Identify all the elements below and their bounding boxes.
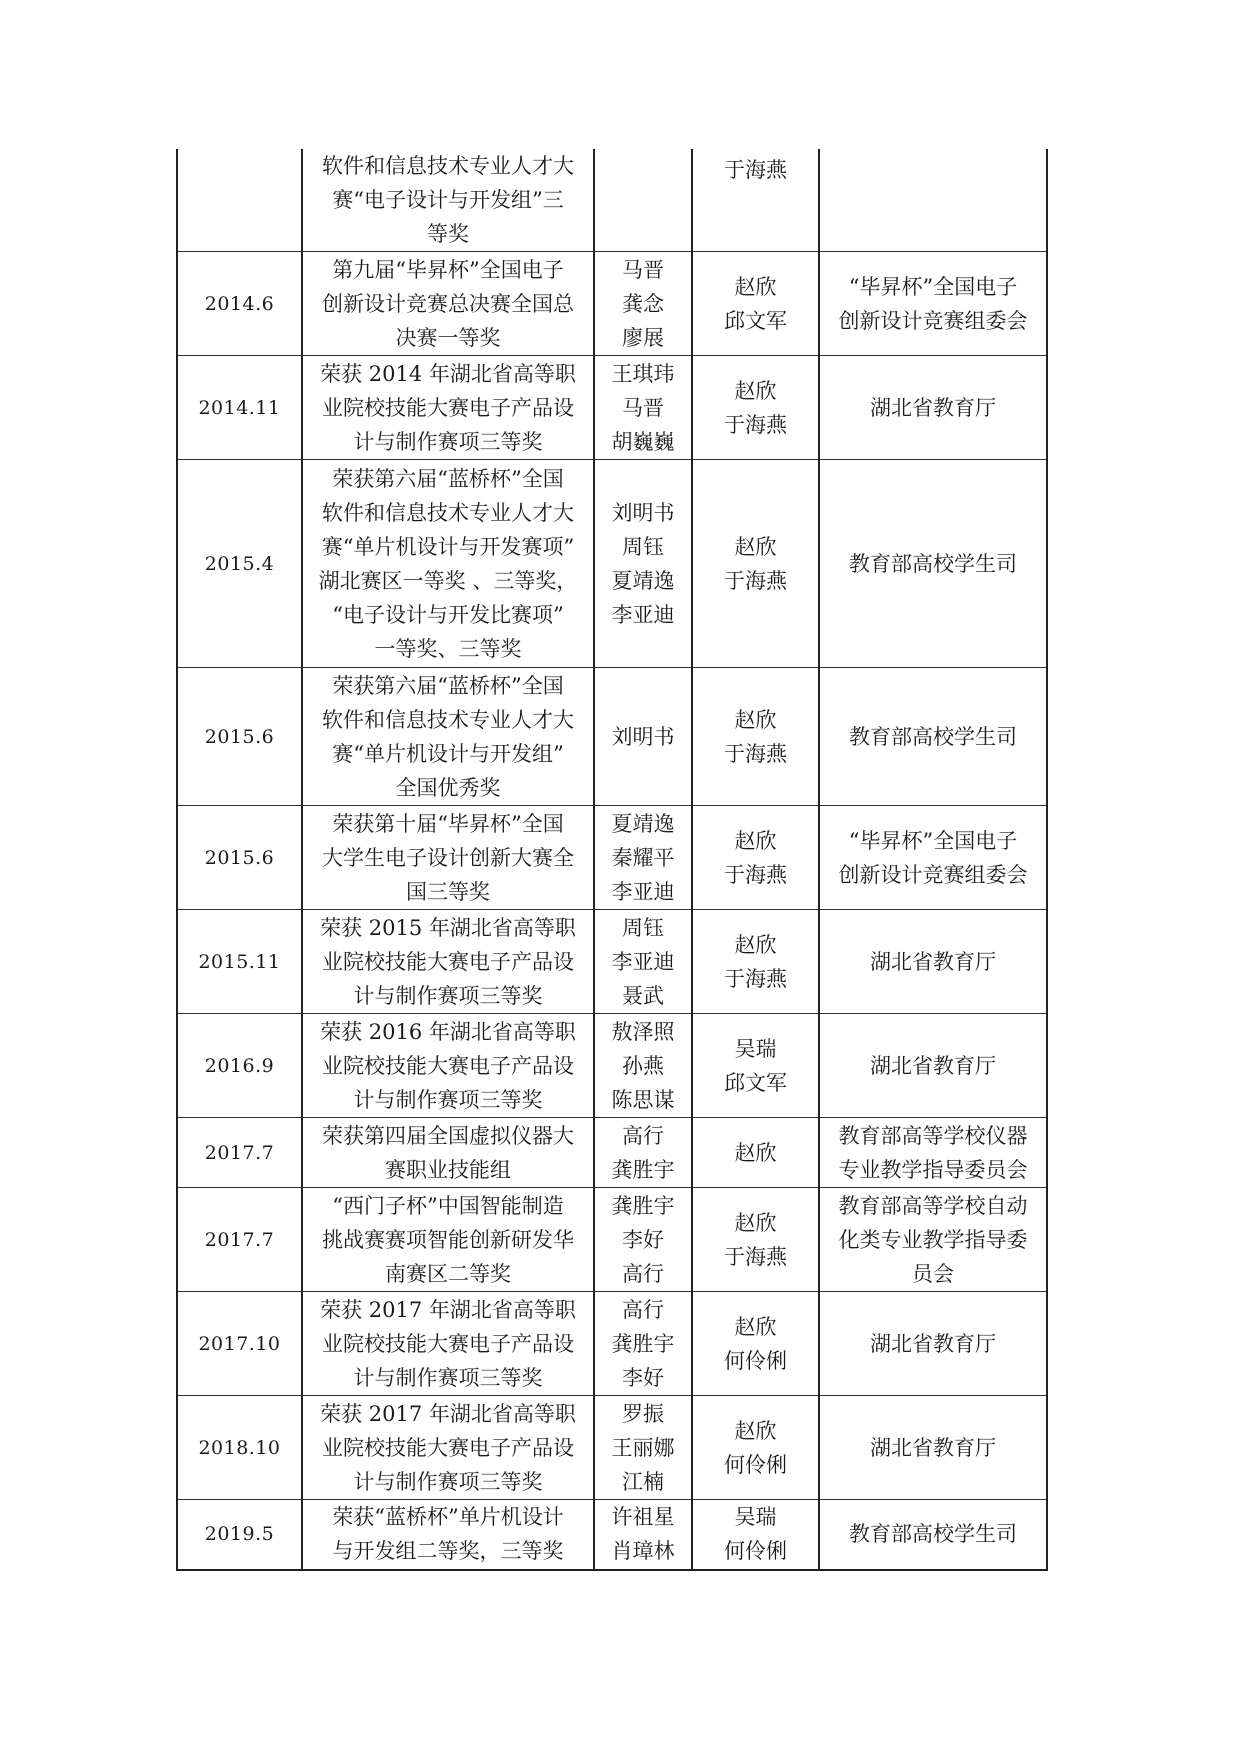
students-cell: 许祖星 肖璋林 xyxy=(594,1500,692,1570)
students-cell: 夏靖逸 秦耀平 李亚迪 xyxy=(594,806,692,910)
table-row: 2015.4 荣获第六届“蓝桥杯”全国 软件和信息技术专业人才大 赛“单片机设计… xyxy=(177,460,1047,668)
award-cell: 荣获 2015 年湖北省高等职 业院校技能大赛电子产品设 计与制作赛项三等奖 xyxy=(302,910,594,1014)
award-cell: 荣获第六届“蓝桥杯”全国 软件和信息技术专业人才大 赛“单片机设计与开发组” 全… xyxy=(302,668,594,806)
table-row: 2018.10 荣获 2017 年湖北省高等职 业院校技能大赛电子产品设 计与制… xyxy=(177,1396,1047,1500)
table-row: 2014.6 第九届“毕昇杯”全国电子 创新设计竞赛总决赛全国总 决赛一等奖 马… xyxy=(177,252,1047,356)
teachers-cell: 吴瑞 何伶俐 xyxy=(692,1500,819,1570)
date-cell: 2017.7 xyxy=(177,1118,302,1188)
organizer-cell: 湖北省教育厅 xyxy=(819,1396,1047,1500)
award-cell: 荣获第四届全国虚拟仪器大 赛职业技能组 xyxy=(302,1118,594,1188)
students-cell: 刘明书 周钰 夏靖逸 李亚迪 xyxy=(594,460,692,668)
students-cell xyxy=(594,149,692,252)
students-cell: 高行 龚胜宇 李好 xyxy=(594,1292,692,1396)
date-cell: 2017.7 xyxy=(177,1188,302,1292)
teachers-cell: 于海燕 xyxy=(692,149,819,252)
date-cell: 2014.11 xyxy=(177,356,302,460)
teachers-cell: 吴瑞 邱文军 xyxy=(692,1014,819,1118)
table-row: 2019.5 荣获“蓝桥杯”单片机设计 与开发组二等奖，三等奖 许祖星 肖璋林 … xyxy=(177,1500,1047,1570)
teachers-cell: 赵欣 于海燕 xyxy=(692,356,819,460)
date-cell: 2015.6 xyxy=(177,806,302,910)
table-row: 软件和信息技术专业人才大 赛“电子设计与开发组”三 等奖 于海燕 xyxy=(177,149,1047,252)
date-cell: 2016.9 xyxy=(177,1014,302,1118)
teachers-cell: 赵欣 于海燕 xyxy=(692,1188,819,1292)
table-row: 2015.11 荣获 2015 年湖北省高等职 业院校技能大赛电子产品设 计与制… xyxy=(177,910,1047,1014)
table-row: 2017.7 荣获第四届全国虚拟仪器大 赛职业技能组 高行 龚胜宇 赵欣 教育部… xyxy=(177,1118,1047,1188)
students-cell: 马晋 龚念 廖展 xyxy=(594,252,692,356)
date-cell xyxy=(177,149,302,252)
organizer-cell: 湖北省教育厅 xyxy=(819,1292,1047,1396)
date-cell: 2018.10 xyxy=(177,1396,302,1500)
organizer-cell: 教育部高校学生司 xyxy=(819,668,1047,806)
award-cell: 荣获 2014 年湖北省高等职 业院校技能大赛电子产品设 计与制作赛项三等奖 xyxy=(302,356,594,460)
organizer-cell: “毕昇杯”全国电子 创新设计竞赛组委会 xyxy=(819,252,1047,356)
students-cell: 高行 龚胜宇 xyxy=(594,1118,692,1188)
students-cell: 敖泽照 孙燕 陈思谋 xyxy=(594,1014,692,1118)
students-cell: 王琪玮 马晋 胡巍巍 xyxy=(594,356,692,460)
teachers-cell: 赵欣 xyxy=(692,1118,819,1188)
document-page: 软件和信息技术专业人才大 赛“电子设计与开发组”三 等奖 于海燕 2014.6 … xyxy=(0,0,1242,1755)
award-cell: 荣获 2017 年湖北省高等职 业院校技能大赛电子产品设 计与制作赛项三等奖 xyxy=(302,1292,594,1396)
award-cell: 软件和信息技术专业人才大 赛“电子设计与开发组”三 等奖 xyxy=(302,149,594,252)
date-cell: 2014.6 xyxy=(177,252,302,356)
date-cell: 2015.4 xyxy=(177,460,302,668)
teachers-cell: 赵欣 于海燕 xyxy=(692,806,819,910)
organizer-cell: 教育部高校学生司 xyxy=(819,460,1047,668)
teachers-cell: 赵欣 何伶俐 xyxy=(692,1396,819,1500)
students-cell: 罗振 王丽娜 江楠 xyxy=(594,1396,692,1500)
date-cell: 2015.11 xyxy=(177,910,302,1014)
organizer-cell: 湖北省教育厅 xyxy=(819,910,1047,1014)
students-cell: 龚胜宇 李好 高行 xyxy=(594,1188,692,1292)
teachers-cell: 赵欣 于海燕 xyxy=(692,910,819,1014)
organizer-cell: “毕昇杯”全国电子 创新设计竞赛组委会 xyxy=(819,806,1047,910)
date-cell: 2017.10 xyxy=(177,1292,302,1396)
award-cell: 荣获第六届“蓝桥杯”全国 软件和信息技术专业人才大 赛“单片机设计与开发赛项” … xyxy=(302,460,594,668)
organizer-cell: 湖北省教育厅 xyxy=(819,356,1047,460)
teachers-cell: 赵欣 邱文军 xyxy=(692,252,819,356)
teachers-cell: 赵欣 何伶俐 xyxy=(692,1292,819,1396)
date-cell: 2019.5 xyxy=(177,1500,302,1570)
organizer-cell: 教育部高等学校仪器 专业教学指导委员会 xyxy=(819,1118,1047,1188)
organizer-cell: 教育部高校学生司 xyxy=(819,1500,1047,1570)
date-cell: 2015.6 xyxy=(177,668,302,806)
students-cell: 刘明书 xyxy=(594,668,692,806)
organizer-cell: 湖北省教育厅 xyxy=(819,1014,1047,1118)
award-cell: 荣获 2017 年湖北省高等职 业院校技能大赛电子产品设 计与制作赛项三等奖 xyxy=(302,1396,594,1500)
students-cell: 周钰 李亚迪 聂武 xyxy=(594,910,692,1014)
table-row: 2017.7 “西门子杯”中国智能制造 挑战赛赛项智能创新研发华 南赛区二等奖 … xyxy=(177,1188,1047,1292)
awards-table: 软件和信息技术专业人才大 赛“电子设计与开发组”三 等奖 于海燕 2014.6 … xyxy=(176,149,1048,1571)
table-row: 2016.9 荣获 2016 年湖北省高等职 业院校技能大赛电子产品设 计与制作… xyxy=(177,1014,1047,1118)
teachers-cell: 赵欣 于海燕 xyxy=(692,460,819,668)
table-row: 2015.6 荣获第十届“毕昇杯”全国 大学生电子设计创新大赛全 国三等奖 夏靖… xyxy=(177,806,1047,910)
award-cell: “西门子杯”中国智能制造 挑战赛赛项智能创新研发华 南赛区二等奖 xyxy=(302,1188,594,1292)
table-row: 2017.10 荣获 2017 年湖北省高等职 业院校技能大赛电子产品设 计与制… xyxy=(177,1292,1047,1396)
table-row: 2014.11 荣获 2014 年湖北省高等职 业院校技能大赛电子产品设 计与制… xyxy=(177,356,1047,460)
table-row: 2015.6 荣获第六届“蓝桥杯”全国 软件和信息技术专业人才大 赛“单片机设计… xyxy=(177,668,1047,806)
award-cell: 荣获“蓝桥杯”单片机设计 与开发组二等奖，三等奖 xyxy=(302,1500,594,1570)
award-cell: 荣获 2016 年湖北省高等职 业院校技能大赛电子产品设 计与制作赛项三等奖 xyxy=(302,1014,594,1118)
award-cell: 第九届“毕昇杯”全国电子 创新设计竞赛总决赛全国总 决赛一等奖 xyxy=(302,252,594,356)
organizer-cell xyxy=(819,149,1047,252)
teachers-cell: 赵欣 于海燕 xyxy=(692,668,819,806)
organizer-cell: 教育部高等学校自动 化类专业教学指导委 员会 xyxy=(819,1188,1047,1292)
award-cell: 荣获第十届“毕昇杯”全国 大学生电子设计创新大赛全 国三等奖 xyxy=(302,806,594,910)
